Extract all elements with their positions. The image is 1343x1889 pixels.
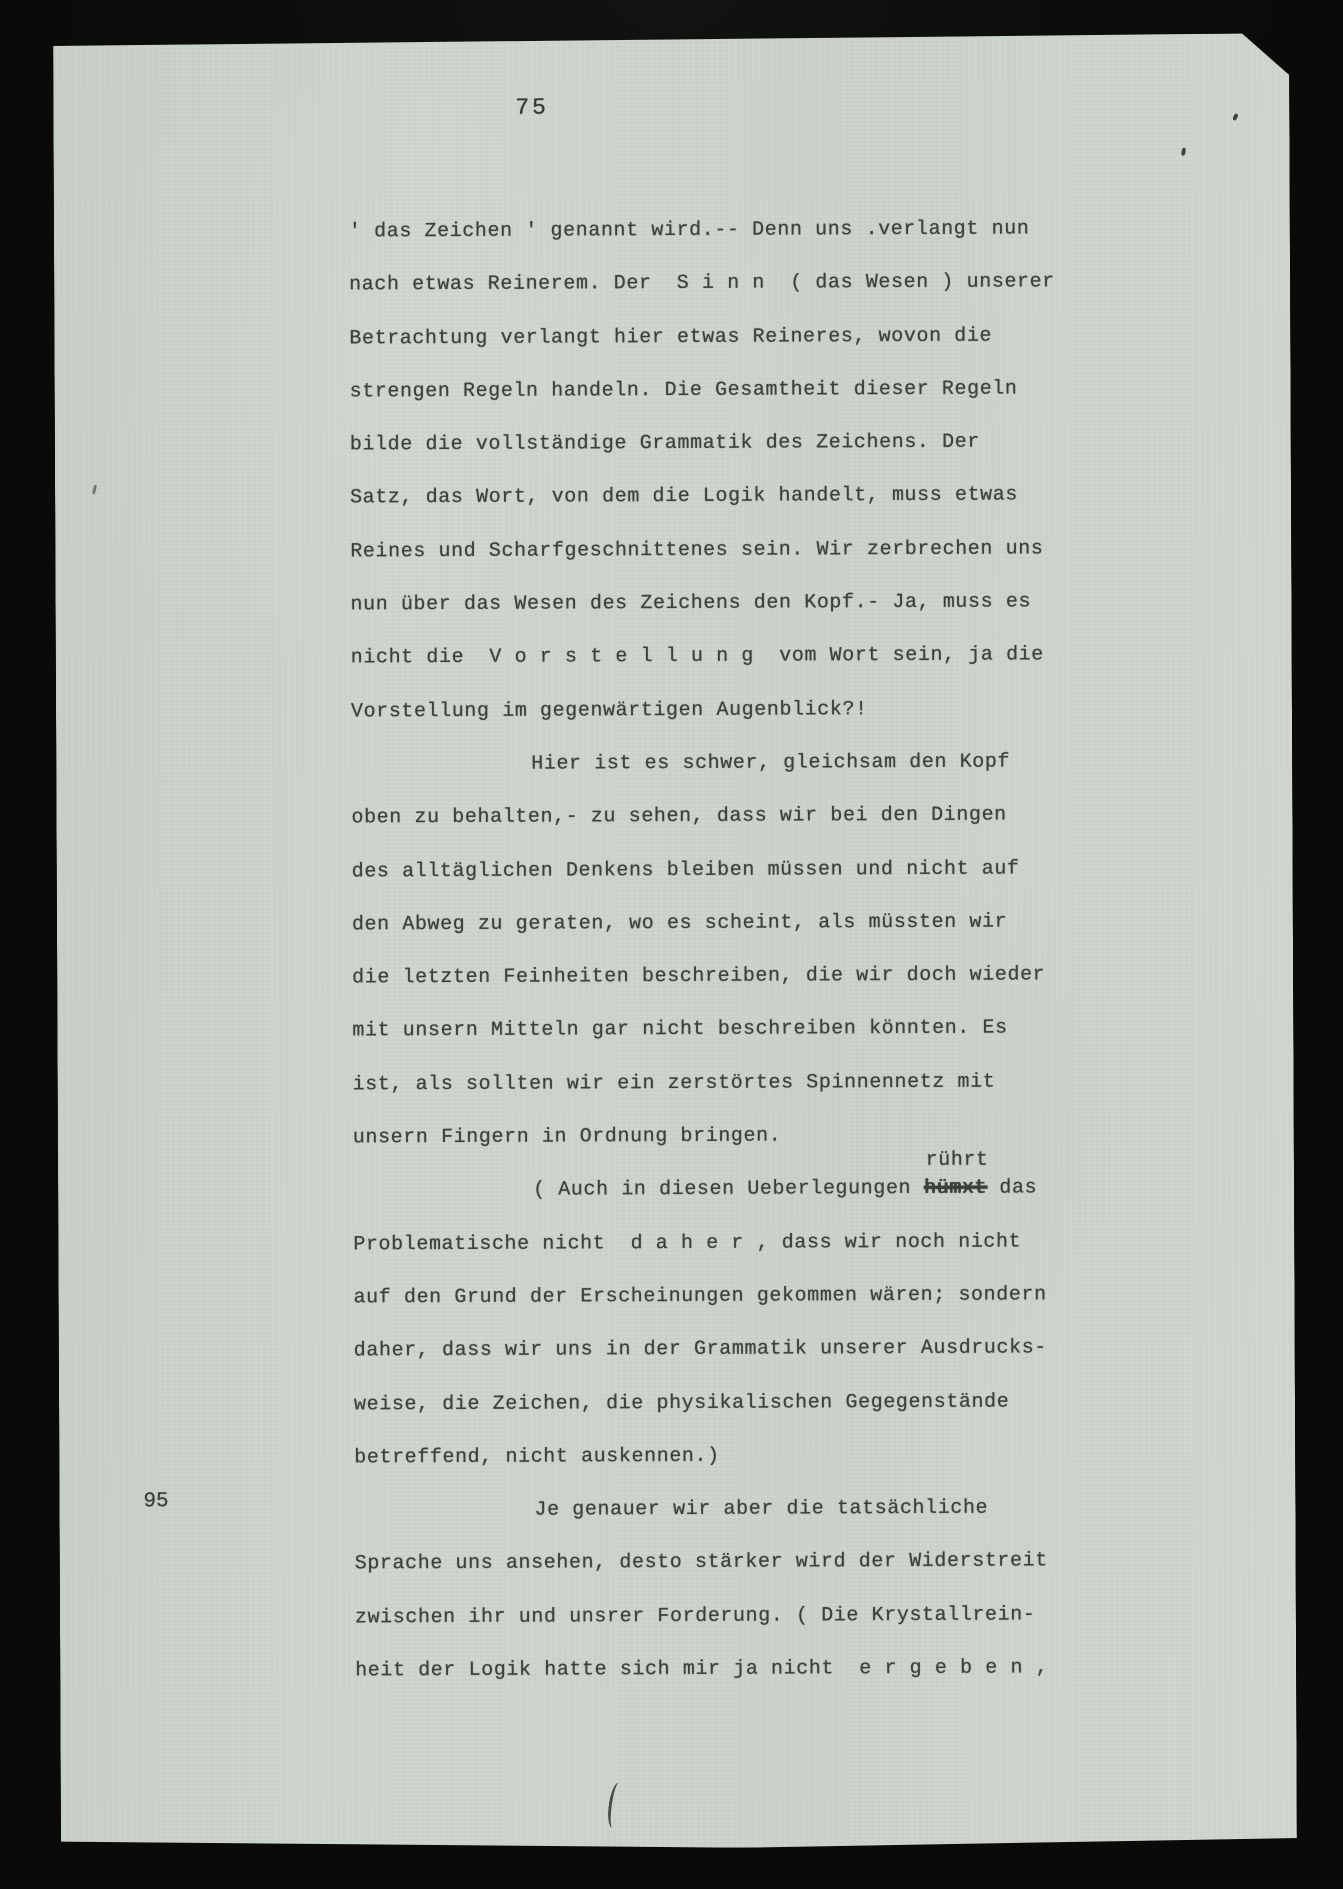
text-line-with-correction: ( Auch in diesen Ueberlegungen rührthümx… bbox=[353, 1161, 1233, 1218]
text-line: heit der Logik hatte sich mir ja nicht e… bbox=[355, 1641, 1235, 1698]
text-line: oben zu behalten,- zu sehen, dass wir be… bbox=[351, 788, 1231, 845]
text-line: betreffend, nicht auskennen.) bbox=[354, 1427, 1234, 1484]
text-line: Vorstellung im gegenwärtigen Augenblick?… bbox=[351, 681, 1231, 738]
typewritten-text: ' das Zeichen ' genannt wird.-- Denn uns… bbox=[349, 202, 1236, 1698]
text-line: bilde die vollständige Grammatik des Zei… bbox=[350, 415, 1230, 472]
struck-word-wrap: rührthümxt bbox=[924, 1177, 987, 1200]
ink-speck bbox=[92, 484, 97, 494]
text-line: nicht die V o r s t e l l u n g vom Wort… bbox=[351, 628, 1231, 685]
text-line: daher, dass wir uns in der Grammatik uns… bbox=[354, 1321, 1234, 1378]
text-line: strengen Regeln handeln. Die Gesamtheit … bbox=[349, 361, 1229, 418]
text-line: unsern Fingern in Ordnung bringen. bbox=[353, 1108, 1233, 1165]
text-line: nun über das Wesen des Zeichens den Kopf… bbox=[350, 575, 1230, 632]
text-line: weise, die Zeichen, die physikalischen G… bbox=[354, 1374, 1234, 1431]
document-page: 75 95 ' das Zeichen ' genannt wird.-- De… bbox=[53, 33, 1297, 1850]
text-line: ' das Zeichen ' genannt wird.-- Denn uns… bbox=[349, 202, 1229, 259]
text-line: auf den Grund der Erscheinungen gekommen… bbox=[353, 1268, 1233, 1325]
text-line: die letzten Feinheiten beschreiben, die … bbox=[352, 948, 1232, 1005]
photo-background: 75 95 ' das Zeichen ' genannt wird.-- De… bbox=[0, 0, 1343, 1889]
pen-mark bbox=[606, 1782, 625, 1829]
ink-speck bbox=[1232, 113, 1239, 121]
struck-word: hümxt bbox=[924, 1177, 987, 1200]
text-line: nach etwas Reinerem. Der S i n n ( das W… bbox=[349, 255, 1229, 312]
handwritten-correction: rührt bbox=[926, 1150, 989, 1172]
page-number: 75 bbox=[515, 95, 549, 121]
ink-speck bbox=[1181, 147, 1186, 156]
text-line: Sprache uns ansehen, desto stärker wird … bbox=[355, 1534, 1235, 1591]
text-line-segment: das bbox=[987, 1177, 1038, 1200]
text-line-paragraph-start: Je genauer wir aber die tatsächliche bbox=[354, 1481, 1234, 1538]
text-line: Satz, das Wort, von dem die Logik handel… bbox=[350, 468, 1230, 525]
text-line: ist, als sollten wir ein zerstörtes Spin… bbox=[353, 1054, 1233, 1111]
text-line: des alltäglichen Denkens bleiben müssen … bbox=[352, 841, 1232, 898]
text-line-paragraph-start: Hier ist es schwer, gleichsam den Kopf bbox=[351, 735, 1231, 792]
text-line: den Abweg zu geraten, wo es scheint, als… bbox=[352, 894, 1232, 951]
margin-note: 95 bbox=[143, 1490, 168, 1513]
text-line: Reines und Scharfgeschnittenes sein. Wir… bbox=[350, 521, 1230, 578]
text-line: Betrachtung verlangt hier etwas Reineres… bbox=[349, 308, 1229, 365]
text-line: Problematische nicht d a h e r , dass wi… bbox=[353, 1214, 1233, 1271]
text-line-segment: ( Auch in diesen Ueberlegungen bbox=[533, 1177, 924, 1202]
text-line: zwischen ihr und unsrer Forderung. ( Die… bbox=[355, 1587, 1235, 1644]
text-line: mit unsern Mitteln gar nicht beschreiben… bbox=[352, 1001, 1232, 1058]
